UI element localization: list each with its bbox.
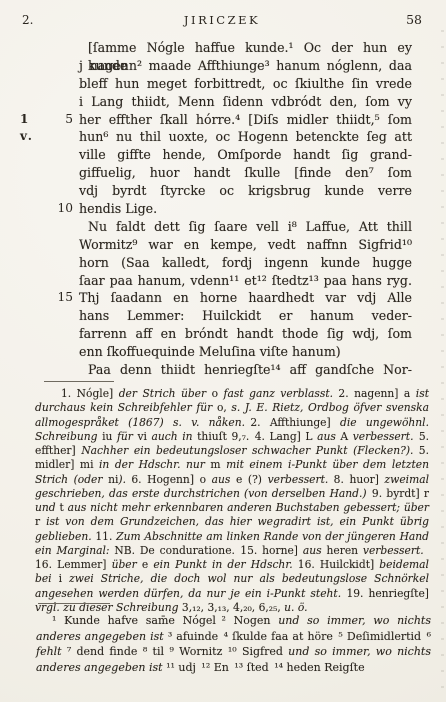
folio-marginal: 1 v.: [0, 111, 46, 129]
text-line: j nagenn² maade Affthiunge³ hanum nóglen…: [0, 57, 412, 75]
text-line: Paa denn thiidt henriegſte¹⁴ aff gandſch…: [0, 361, 412, 379]
header-part-number: 2.: [22, 13, 74, 27]
text-line: giffuelig, huor handt ſkulle [finde den⁷…: [0, 164, 412, 182]
text-line: i Lang thiidt, Menn ſidenn vdbródt den, …: [0, 93, 412, 111]
text-line: enn ſkoffuequinde Meluſina viſte hanum): [0, 343, 412, 361]
folio-marginal: [0, 254, 46, 272]
folio-marginal: [0, 182, 46, 200]
line-number: [46, 182, 77, 200]
apparatus-segment: thiuſt 9,₇.: [197, 430, 255, 443]
apparatus-segment: 11.: [95, 530, 116, 543]
apparatus-segment: i: [59, 572, 70, 585]
apparatus-divider-rule: [44, 381, 114, 382]
text-line-content: farrenn aff en bróndt handt thode ſig wd…: [79, 325, 412, 343]
line-number: [46, 343, 77, 361]
apparatus-segment: t: [59, 501, 67, 514]
apparatus-segment: 1. Nógle]: [61, 387, 119, 400]
apparatus-segment: u. ö.: [284, 601, 307, 614]
apparatus-segment: ein Punkt in der Hdschr.: [153, 558, 297, 571]
text-line-content: ſaar paa hanum, vdenn¹¹ et¹² ſtedtz¹³ pa…: [79, 272, 412, 290]
text-line-content: enn ſkoffuequinde Meluſina viſte hanum): [79, 343, 412, 361]
footnote-segment: ¹¹ udj ¹² En ¹³ ſted ¹⁴ heden Reigſte: [166, 661, 365, 674]
folio-marginal: [0, 272, 46, 290]
apparatus-segment: auch in: [152, 430, 198, 443]
apparatus-segment: aus: [303, 544, 327, 557]
line-number: [46, 254, 77, 272]
main-text-block: [ſamme Nógle haffue kunde.¹ Oc der hun e…: [0, 39, 412, 379]
apparatus-segment: für: [117, 430, 138, 443]
apparatus-segment: 3,₁₂, 3,₁₃, 4,₂₀, 6,₂₅,: [182, 601, 284, 614]
footnote-segment: ² Nogen: [221, 614, 278, 627]
apparatus-segment: aus: [317, 430, 340, 443]
apparatus-segment: 6. Hogenn] o: [131, 473, 211, 486]
apparatus-segment: aus: [212, 473, 236, 486]
folio-marginal: [0, 361, 46, 379]
text-line-content: giffuelig, huor handt ſkulle [finde den⁷…: [79, 164, 412, 182]
folio-marginal: [0, 343, 46, 361]
apparatus-segment: r: [35, 515, 46, 528]
folio-marginal: [0, 218, 46, 236]
apparatus-segment: Nachher ein bedeutungsloser schwacher Pu…: [81, 444, 418, 457]
line-number: 5: [46, 111, 77, 129]
apparatus-segment: NB. De conduratione.: [114, 544, 240, 557]
text-line-content: Thj ſaadann en horne haardhedt var vdj A…: [79, 289, 412, 307]
text-line: [ſamme Nógle haffue kunde.¹ Oc der hun e…: [0, 39, 412, 57]
folio-marginal: [0, 57, 46, 75]
text-line-content: hans Lemmer: Huilckidt er hanum veder-: [79, 307, 412, 325]
line-number: [46, 146, 77, 164]
scanned-book-page: 2. JIRICZEK 58 [ſamme Nógle haffue kunde…: [0, 0, 446, 702]
apparatus-segment: o: [212, 387, 224, 400]
apparatus-segment: verbessert.: [268, 473, 334, 486]
line-number: [46, 218, 77, 236]
apparatus-segment: der Strich über: [119, 387, 212, 400]
line-number: [46, 39, 77, 57]
apparatus-segment: 19. henriegſte]: [346, 587, 429, 600]
line-number: [46, 361, 77, 379]
text-line-content: j nagenn² maade Affthiunge³ hanum nóglen…: [79, 57, 412, 75]
apparatus-segment: heren: [327, 544, 363, 557]
line-number: [46, 325, 77, 343]
line-number: [46, 272, 77, 290]
text-line: bleff hun meget forbittredt, oc ſkiulthe…: [0, 75, 412, 93]
text-line-content: hendis Lige.: [79, 200, 412, 218]
text-line-content: hun⁶ nu thil uoxte, oc Hogenn betenckte …: [79, 128, 412, 146]
text-line-content: her effther ſkall hórre.⁴ [Diſs midler t…: [79, 111, 412, 129]
folio-marginal: [0, 289, 46, 307]
text-line-content: vdj byrdt ſtyrcke oc krigsbrug kunde ver…: [79, 182, 412, 200]
apparatus-segment: 16. Huilckidt]: [298, 558, 380, 571]
line-number: [46, 75, 77, 93]
folio-marginal: [0, 307, 46, 325]
text-line-content: ville giffte hende, Omſporde handt ſig g…: [79, 146, 412, 164]
apparatus-segment: o,: [217, 401, 231, 414]
folio-marginal: [0, 93, 46, 111]
line-number: 15: [46, 289, 77, 307]
variant-footnotes: ¹ Kunde hafve sam̄e Nógel ² Nogen und so…: [36, 613, 431, 675]
apparatus-segment: iu: [102, 430, 117, 443]
apparatus-segment: e: [142, 558, 153, 571]
apparatus-segment: 8. huor]: [334, 473, 385, 486]
apparatus-segment: e (?): [236, 473, 268, 486]
text-line: ville giffte hende, Omſporde handt ſig g…: [0, 146, 412, 164]
text-line: hans Lemmer: Huilckidt er hanum veder-: [0, 307, 412, 325]
folio-marginal: [0, 164, 46, 182]
text-line-content: bleff hun meget forbittredt, oc ſkiulthe…: [79, 75, 412, 93]
line-number: [46, 236, 77, 254]
text-line-content: [ſamme Nógle haffue kunde.¹ Oc der hun e…: [79, 39, 412, 57]
apparatus-segment: verbessert.: [363, 544, 429, 557]
apparatus-segment: 9. byrdt] r: [372, 487, 429, 500]
text-line: farrenn aff en bróndt handt thode ſig wd…: [0, 325, 412, 343]
line-number: [46, 307, 77, 325]
line-number: [46, 57, 77, 75]
footnote-segment: ⁷ dend finde ⁸ til ⁹ Wornitz ¹⁰ Sigfred: [67, 645, 288, 658]
text-line: ſaar paa hanum, vdenn¹¹ et¹² ſtedtz¹³ pa…: [0, 272, 412, 290]
running-header: 2. JIRICZEK 58: [0, 12, 446, 27]
text-line-content: i Lang thiidt, Menn ſidenn vdbródt den, …: [79, 93, 412, 111]
footnote-segment: ³ afuinde ⁴ ſkulde faa at höre ⁵ Deſimid…: [168, 630, 431, 643]
apparatus-segment: A: [340, 430, 352, 443]
line-number: [46, 164, 77, 182]
apparatus-segment: ).: [118, 473, 131, 486]
header-page-number: 58: [370, 12, 422, 27]
line-number: 10: [46, 200, 77, 218]
text-line: 15Thj ſaadann en horne haardhedt var vdj…: [0, 289, 412, 307]
apparatus-segment: fast ganz verblasst.: [224, 387, 339, 400]
apparatus-segment: verbessert.: [353, 430, 419, 443]
folio-marginal: [0, 146, 46, 164]
footnote-segment: fehlt: [36, 645, 67, 658]
apparatus-segment: in der Hdschr. nur: [99, 458, 210, 471]
apparatus-segment: 15. horne]: [240, 544, 303, 557]
apparatus-segment: m: [210, 458, 226, 471]
header-title: JIRICZEK: [74, 13, 370, 27]
apparatus-segment: aus nicht mehr erkennbaren anderen Buchs…: [68, 501, 429, 514]
text-line-content: Nu faldt dett ſig ſaare vell i⁸ Laffue, …: [79, 218, 412, 236]
apparatus-segment: vi: [138, 430, 152, 443]
apparatus-segment: über: [112, 558, 142, 571]
line-number: [46, 93, 77, 111]
folio-marginal: [0, 200, 46, 218]
folio-marginal: [0, 128, 46, 146]
scan-edge-artifact: [441, 30, 444, 692]
apparatus-segment: 2. nagenn] a: [338, 387, 415, 400]
line-number: [46, 128, 77, 146]
folio-marginal: [0, 236, 46, 254]
folio-marginal: [0, 39, 46, 57]
text-line: Nu faldt dett ſig ſaare vell i⁸ Laffue, …: [0, 218, 412, 236]
footnote-segment: ¹ Kunde hafve sam̄e Nógel: [52, 614, 221, 627]
footnotes-divider-rule: [38, 603, 110, 604]
apparatus-segment: 2. Affthiunge]: [250, 416, 340, 429]
text-line: horn (Saa kalledt, fordj ingenn kunde hu…: [0, 254, 412, 272]
apparatus-segment: und: [35, 501, 59, 514]
critical-apparatus: 1. Nógle] der Strich über o fast ganz ve…: [35, 387, 429, 615]
apparatus-segment: 16. Lemmer]: [35, 558, 112, 571]
text-line: 1 v.5her effther ſkall hórre.⁴ [Diſs mid…: [0, 111, 412, 129]
text-line: 10hendis Lige.: [0, 200, 412, 218]
folio-marginal: [0, 325, 46, 343]
text-line: hun⁶ nu thil uoxte, oc Hogenn betenckte …: [0, 128, 412, 146]
text-line-content: Paa denn thiidt henriegſte¹⁴ aff gandſch…: [79, 361, 412, 379]
apparatus-segment: 4. Lang] L: [255, 430, 317, 443]
apparatus-segment: ni: [108, 473, 118, 486]
folio-marginal: [0, 75, 46, 93]
text-line: Wormitz⁹ war en kempe, vedt naffnn Sigfr…: [0, 236, 412, 254]
text-line: vdj byrdt ſtyrcke oc krigsbrug kunde ver…: [0, 182, 412, 200]
text-line-content: horn (Saa kalledt, fordj ingenn kunde hu…: [79, 254, 412, 272]
text-line-content: Wormitz⁹ war en kempe, vedt naffnn Sigfr…: [79, 236, 412, 254]
